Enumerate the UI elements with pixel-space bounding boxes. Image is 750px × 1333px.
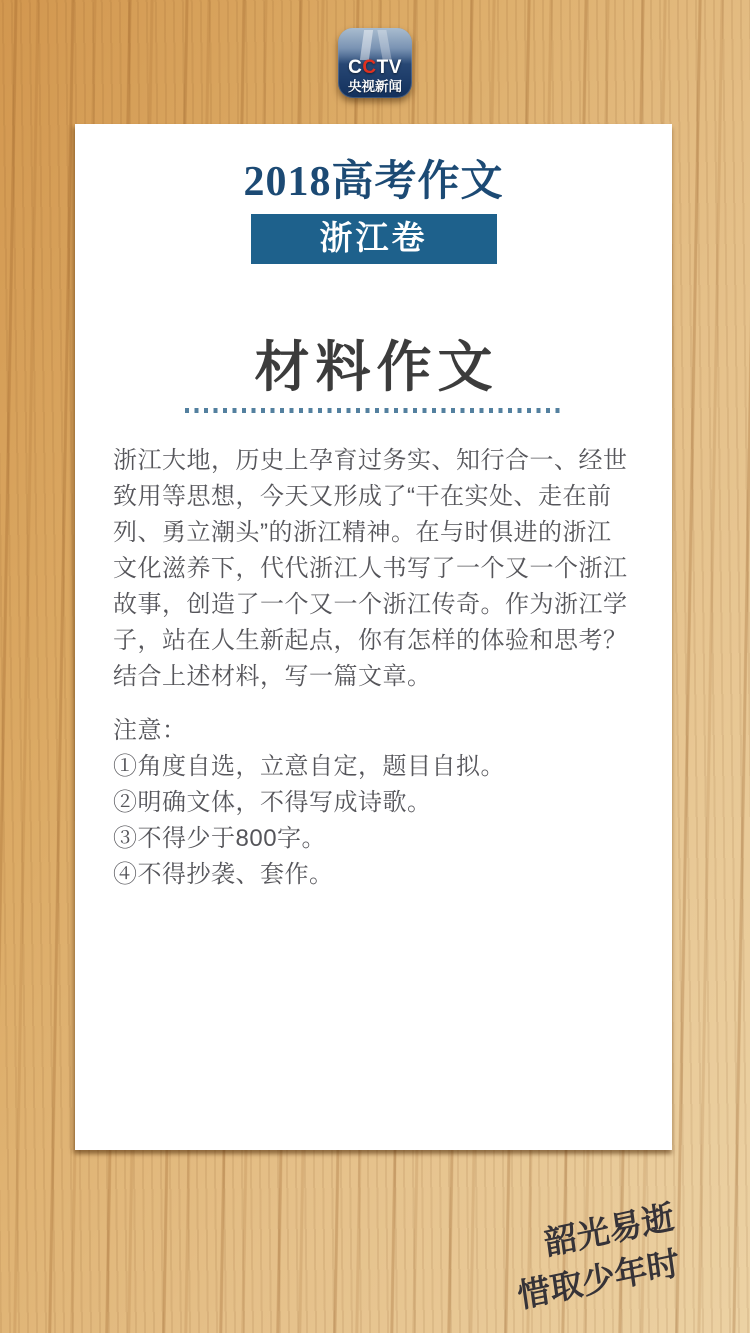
card-title: 2018高考作文 [75,124,672,206]
poster-background: { "logo": { "brand_c1": "C", "brand_c2":… [0,0,750,1333]
essay-line: 致用等思想，今天又形成了“干在实处、走在前 [113,479,644,515]
building-tower-shape [377,30,391,60]
cctv-letter-red: C [362,57,376,78]
cctv-news-app-icon: CCTV 央视新闻 [338,28,412,98]
handwritten-watermark: 韶光易逝 惜取少年时 [508,1175,750,1320]
essay-line: 故事，创造了一个又一个浙江传奇。作为浙江学 [113,587,644,623]
essay-line: 子，站在人生新起点，你有怎样的体验和思考？ [113,623,644,659]
essay-line: 浙江大地，历史上孕育过务实、知行合一、经世 [113,443,644,479]
note-item: ③不得少于800字。 [113,821,644,857]
essay-type-heading: 材料作文 [75,336,672,400]
note-item: ②明确文体，不得写成诗歌。 [113,785,644,821]
cctv-letter: C [348,57,362,78]
essay-prompt-card: 2018高考作文 浙江卷 材料作文 浙江大地，历史上孕育过务实、知行合一、经世 … [75,124,672,1150]
note-item: ①角度自选，立意自定，题目自拟。 [113,749,644,785]
essay-prompt-text: 浙江大地，历史上孕育过务实、知行合一、经世 致用等思想，今天又形成了“干在实处、… [75,443,672,695]
essay-line: 结合上述材料，写一篇文章。 [113,659,644,695]
cctv-letters: TV [377,57,402,78]
essay-line: 文化滋养下，代代浙江人书写了一个又一个浙江 [113,551,644,587]
province-badge: 浙江卷 [251,214,497,264]
note-item: ④不得抄袭、套作。 [113,857,644,893]
essay-line: 列、勇立潮头”的浙江精神。在与时俱进的浙江 [113,515,644,551]
notes-section: 注意： ①角度自选，立意自定，题目自拟。 ②明确文体，不得写成诗歌。 ③不得少于… [75,713,672,893]
notes-label: 注意： [113,713,644,749]
app-name-label: 央视新闻 [338,79,412,94]
cctv-wordmark: CCTV [338,58,412,77]
building-tower-shape [360,30,373,60]
dotted-divider [185,408,563,413]
